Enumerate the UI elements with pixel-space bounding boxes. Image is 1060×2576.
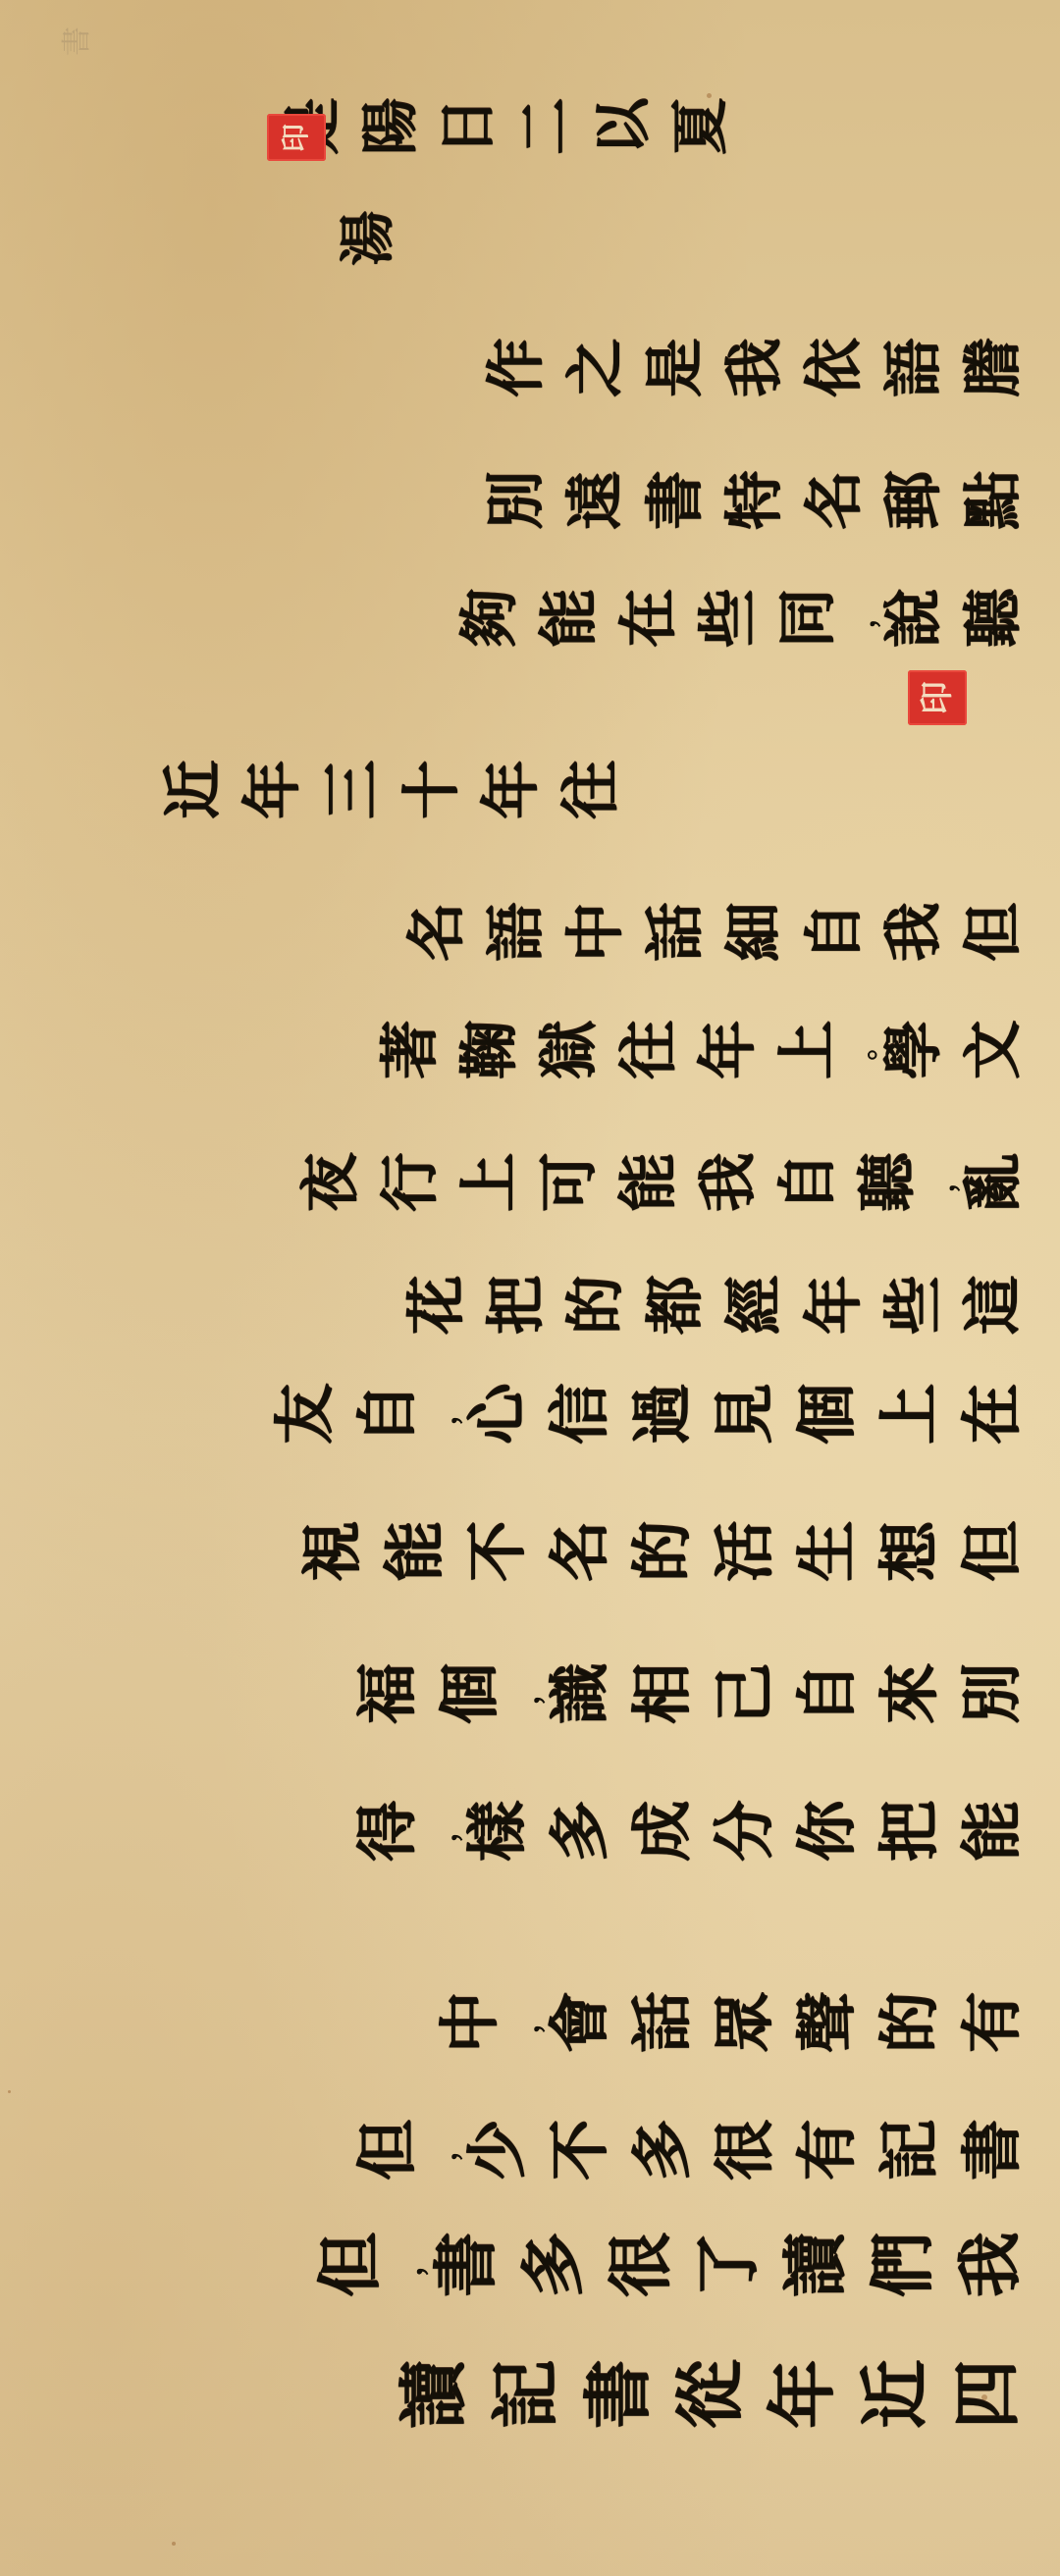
calligraphy-character: 活	[715, 1513, 775, 1590]
calligraphy-character: 可	[541, 1146, 600, 1220]
calligraphy-character: 多	[550, 1793, 610, 1869]
calligraphy-character: 心	[467, 1376, 528, 1452]
calligraphy-character: 的	[567, 1269, 626, 1342]
calligraphy-character: 己	[715, 1656, 775, 1732]
text-column: 亂，聽自我能可上行夜	[294, 1153, 1031, 1212]
calligraphy-character: 眾	[715, 1984, 775, 2061]
calligraphy-character: 話	[632, 1984, 693, 2061]
punctuation-mark: ，	[421, 1820, 465, 1842]
calligraphy-character: 我	[885, 896, 944, 970]
calligraphy-character: 特	[726, 464, 785, 538]
calligraphy-character: 是	[647, 332, 706, 405]
calligraphy-character: 自	[806, 896, 865, 970]
calligraphy-character: 夠	[461, 582, 520, 656]
text-column: 書記有很多不少，但	[349, 2120, 1031, 2181]
calligraphy-character: 遠	[567, 464, 626, 538]
calligraphy-character: 之	[567, 332, 626, 405]
text-column: 四近年從書記讀	[391, 2360, 1031, 2429]
punctuation-mark: 。	[840, 1040, 883, 1061]
calligraphy-character: 說	[885, 582, 944, 656]
calligraphy-character: 些	[885, 1269, 944, 1342]
calligraphy-character: 點	[965, 464, 1024, 538]
calligraphy-character: 你	[797, 1793, 858, 1869]
punctuation-mark: ，	[421, 1403, 465, 1425]
calligraphy-character: 成	[632, 1793, 693, 1869]
text-column: 這些年經都的把花	[400, 1276, 1031, 1335]
calligraphy-character: 上	[779, 1014, 838, 1087]
calligraphy-character: 夏	[672, 91, 729, 163]
calligraphy-character: 能	[541, 582, 600, 656]
text-column: 有的聲眾話會，中	[432, 1992, 1031, 2053]
calligraphy-character: 來	[879, 1656, 940, 1732]
calligraphy-character: 有	[962, 1984, 1023, 2061]
calligraphy-character: 謄	[965, 332, 1024, 405]
text-column: 能把你分成多樣，得	[349, 1801, 1031, 1862]
calligraphy-character: 但	[318, 2225, 383, 2306]
text-column: 但我自細話中語名	[400, 903, 1031, 962]
calligraphy-character: 福	[357, 1656, 418, 1732]
calligraphy-character: 但	[965, 896, 1024, 970]
calligraphy-character: 多	[521, 2225, 586, 2306]
calligraphy-character: 書	[962, 2112, 1023, 2188]
text-column: 聽說，同些在能夠	[453, 589, 1031, 648]
calligraphy-character: 書	[647, 464, 706, 538]
calligraphy-character: 十	[403, 754, 462, 827]
calligraphy-character: 書	[434, 2225, 499, 2306]
calligraphy-character: 但	[962, 1513, 1023, 1590]
calligraphy-character: 得	[357, 1793, 418, 1869]
text-column: 謄語依我是之作	[480, 339, 1031, 397]
calligraphy-character: 友	[275, 1376, 336, 1452]
calligraphy-character: 自	[357, 1376, 418, 1452]
calligraphy-character: 過	[632, 1376, 693, 1452]
text-column: 點郵名特書遠別	[480, 471, 1031, 530]
text-column: 我們讀了很多書，但	[309, 2233, 1031, 2297]
calligraphy-character: 年	[483, 754, 542, 827]
calligraphy-character: 年	[806, 1269, 865, 1342]
calligraphy-character: 了	[696, 2225, 761, 2306]
calligraphy-character: 的	[879, 1984, 940, 2061]
calligraphy-character: 樣	[467, 1793, 528, 1869]
punctuation-mark: ，	[920, 1173, 963, 1193]
calligraphy-character: 名	[408, 896, 467, 970]
calligraphy-character: 這	[965, 1269, 1024, 1342]
calligraphy-character: 語	[885, 332, 944, 405]
calligraphy-character: 別	[962, 1656, 1023, 1732]
seal-script: 印	[921, 681, 954, 714]
calligraphy-character: 的	[632, 1513, 693, 1590]
calligraphy-character: 讀	[783, 2225, 848, 2306]
calligraphy-character: 名	[550, 1513, 610, 1590]
calligraphy-character: 識	[550, 1656, 610, 1732]
calligraphy-character: 年	[700, 1014, 759, 1087]
calligraphy-character: 中	[567, 896, 626, 970]
calligraphy-character: 往	[562, 754, 621, 827]
calligraphy-character: 見	[715, 1376, 775, 1452]
calligraphy-character: 少	[467, 2112, 528, 2188]
calligraphy-character: 從	[676, 2351, 745, 2438]
calligraphy-character: 語	[488, 896, 547, 970]
punctuation-mark: ，	[503, 2012, 548, 2033]
seal-signature: 印	[267, 114, 326, 161]
calligraphy-character: 聽	[859, 1146, 918, 1220]
calligraphy-character: 作	[488, 332, 547, 405]
calligraphy-character: 三	[324, 754, 383, 827]
calligraphy-character: 記	[879, 2112, 940, 2188]
calligraphy-character: 著	[382, 1014, 441, 1087]
calligraphy-character: 會	[550, 1984, 610, 2061]
calligraphy-character: 我	[700, 1146, 759, 1220]
calligraphy-character: 文	[965, 1014, 1024, 1087]
calligraphy-character: 分	[715, 1793, 775, 1869]
calligraphy-character: 行	[382, 1146, 441, 1220]
text-column: 夏以二日陽是	[277, 98, 736, 155]
calligraphy-character: 想	[879, 1513, 940, 1590]
calligraphy-character: 讀	[399, 2351, 468, 2438]
punctuation-mark: ，	[421, 2139, 465, 2161]
calligraphy-character: 鞠	[461, 1014, 520, 1087]
paper-fleck	[172, 2542, 176, 2546]
calligraphy-scroll: 書 四近年從書記讀我們讀了很多書，但書記有很多不少，但有的聲眾話會，中能把你分成…	[0, 0, 1060, 2576]
calligraphy-character: 但	[357, 2112, 418, 2188]
text-column: 在上個見過信心，自友	[267, 1384, 1031, 1445]
calligraphy-character: 個	[797, 1376, 858, 1452]
calligraphy-character: 依	[806, 332, 865, 405]
seal-script: 印	[282, 123, 310, 151]
calligraphy-character: 年	[768, 2351, 837, 2438]
calligraphy-character: 亂	[965, 1146, 1024, 1220]
calligraphy-character: 很	[715, 2112, 775, 2188]
calligraphy-character: 中	[440, 1984, 501, 2061]
calligraphy-character: 自	[797, 1656, 858, 1732]
calligraphy-character: 很	[609, 2225, 673, 2306]
calligraphy-character: 獄	[541, 1014, 600, 1087]
calligraphy-character: 不	[467, 1513, 528, 1590]
calligraphy-character: 上	[461, 1146, 520, 1220]
calligraphy-character: 多	[632, 2112, 693, 2188]
calligraphy-character: 往	[620, 1014, 679, 1087]
text-column: 往年十三年近	[157, 761, 628, 819]
calligraphy-character: 們	[871, 2225, 935, 2306]
text-column: 文學。上年往獄鞠著	[374, 1021, 1031, 1079]
faded-ink-mark: 書	[52, 26, 95, 56]
calligraphy-character: 把	[488, 1269, 547, 1342]
calligraphy-character: 別	[488, 464, 547, 538]
calligraphy-character: 能	[620, 1146, 679, 1220]
calligraphy-character: 相	[632, 1656, 693, 1732]
calligraphy-character: 信	[550, 1376, 610, 1452]
punctuation-mark: ，	[503, 1683, 548, 1705]
calligraphy-character: 不	[550, 2112, 610, 2188]
text-column: 別來自己相識，個福	[349, 1663, 1031, 1724]
calligraphy-character: 湯	[341, 204, 396, 273]
calligraphy-character: 年	[244, 754, 303, 827]
calligraphy-character: 在	[962, 1376, 1023, 1452]
calligraphy-character: 四	[953, 2351, 1022, 2438]
text-column: 湯	[334, 211, 402, 266]
calligraphy-character: 自	[779, 1146, 838, 1220]
calligraphy-character: 名	[806, 464, 865, 538]
calligraphy-character: 聲	[797, 1984, 858, 2061]
calligraphy-character: 話	[647, 896, 706, 970]
calligraphy-character: 把	[879, 1793, 940, 1869]
calligraphy-character: 我	[726, 332, 785, 405]
calligraphy-character: 二	[517, 91, 574, 163]
calligraphy-character: 上	[879, 1376, 940, 1452]
punctuation-mark: ，	[840, 608, 883, 629]
calligraphy-character: 些	[700, 582, 759, 656]
calligraphy-character: 學	[885, 1014, 944, 1087]
calligraphy-character: 能	[962, 1793, 1023, 1869]
calligraphy-character: 同	[779, 582, 838, 656]
calligraphy-character: 在	[620, 582, 679, 656]
calligraphy-character: 視	[302, 1513, 363, 1590]
calligraphy-character: 個	[440, 1656, 501, 1732]
calligraphy-character: 陽	[362, 91, 419, 163]
calligraphy-character: 花	[408, 1269, 467, 1342]
calligraphy-character: 記	[492, 2351, 560, 2438]
punctuation-mark: ，	[385, 2254, 431, 2277]
calligraphy-character: 郵	[885, 464, 944, 538]
calligraphy-character: 夜	[302, 1146, 361, 1220]
text-column: 但想生活的名不能視	[294, 1521, 1031, 1582]
calligraphy-character: 近	[861, 2351, 929, 2438]
paper-fleck	[8, 2090, 11, 2093]
calligraphy-character: 能	[385, 1513, 446, 1590]
calligraphy-character: 書	[584, 2351, 653, 2438]
calligraphy-character: 近	[165, 754, 224, 827]
calligraphy-character: 我	[958, 2225, 1023, 2306]
calligraphy-character: 經	[726, 1269, 785, 1342]
calligraphy-character: 日	[440, 91, 497, 163]
calligraphy-character: 有	[797, 2112, 858, 2188]
calligraphy-character: 聽	[965, 582, 1024, 656]
calligraphy-character: 生	[797, 1513, 858, 1590]
calligraphy-character: 細	[726, 896, 785, 970]
calligraphy-character: 以	[595, 91, 652, 163]
calligraphy-character: 都	[647, 1269, 706, 1342]
seal-middle: 印	[908, 670, 967, 725]
